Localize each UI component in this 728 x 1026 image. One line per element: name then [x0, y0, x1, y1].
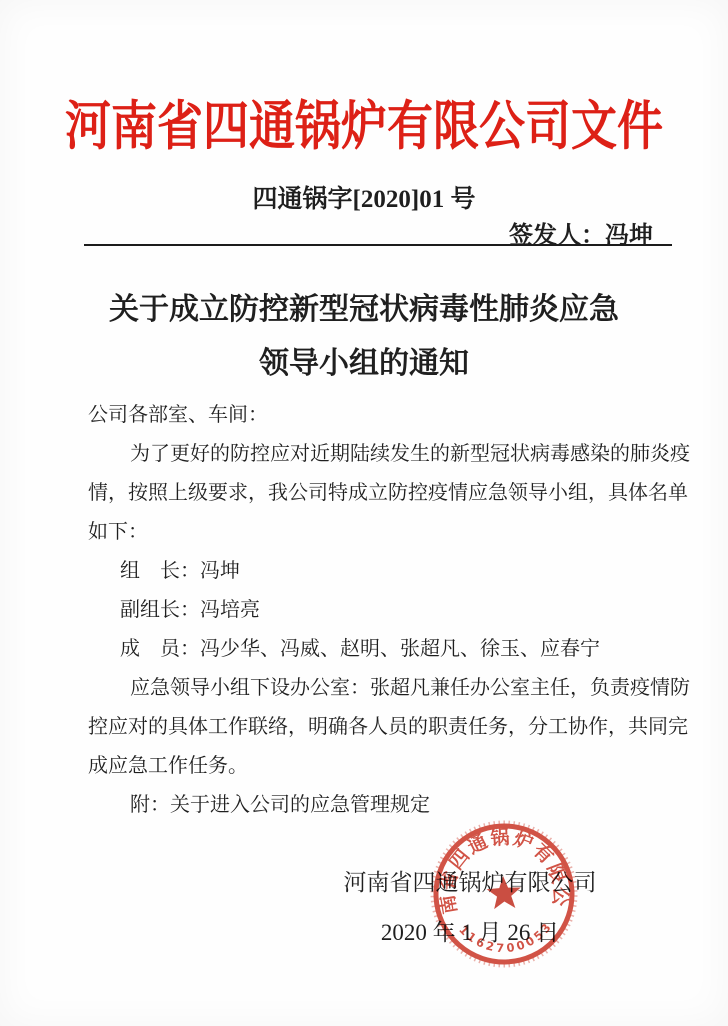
notice-body: 公司各部室、车间： 为了更好的防控应对近期陆续发生的新型冠状病毒感染的肺炎疫 情… — [88, 396, 648, 825]
document-page: 河南省四通锅炉有限公司文件 四通锅字[2020]01 号 签发人：冯坤 关于成立… — [0, 0, 728, 1026]
document-number: 四通锅字[2020]01 号 — [0, 179, 728, 215]
star-icon — [486, 875, 522, 909]
paragraph-2-line-2: 控应对的具体工作联络，明确各人员的职责任务，分工协作，共同完 — [88, 708, 648, 747]
notice-title: 关于成立防控新型冠状病毒性肺炎应急 领导小组的通知 — [0, 283, 728, 391]
paragraph-1-line-3: 如下： — [88, 513, 648, 552]
paragraph-1-line-2: 情，按照上级要求，我公司特成立防控疫情应急领导小组，具体名单 — [88, 474, 648, 513]
paragraph-2-line-1: 应急领导小组下设办公室：张超凡兼任办公室主任，负责疫情防 — [88, 669, 648, 708]
notice-title-line2: 领导小组的通知 — [0, 337, 728, 391]
roster-members-line: 成 员：冯少华、冯威、赵明、张超凡、徐玉、应春宁 — [88, 630, 648, 669]
roster-deputy-line: 副组长：冯培亮 — [88, 591, 648, 630]
paragraph-2-line-3: 成应急工作任务。 — [88, 747, 648, 786]
document-header-title: 河南省四通锅炉有限公司文件 — [0, 84, 728, 160]
paragraph-1-line-1: 为了更好的防控应对近期陆续发生的新型冠状病毒感染的肺炎疫 — [88, 435, 648, 474]
notice-title-line1: 关于成立防控新型冠状病毒性肺炎应急 — [0, 283, 728, 337]
official-seal: 河南省四通锅炉有限公司 411627000531 — [428, 818, 580, 970]
roster-leader-line: 组 长：冯坤 — [88, 552, 648, 591]
salutation: 公司各部室、车间： — [88, 396, 648, 435]
header-divider-rule — [84, 244, 672, 246]
